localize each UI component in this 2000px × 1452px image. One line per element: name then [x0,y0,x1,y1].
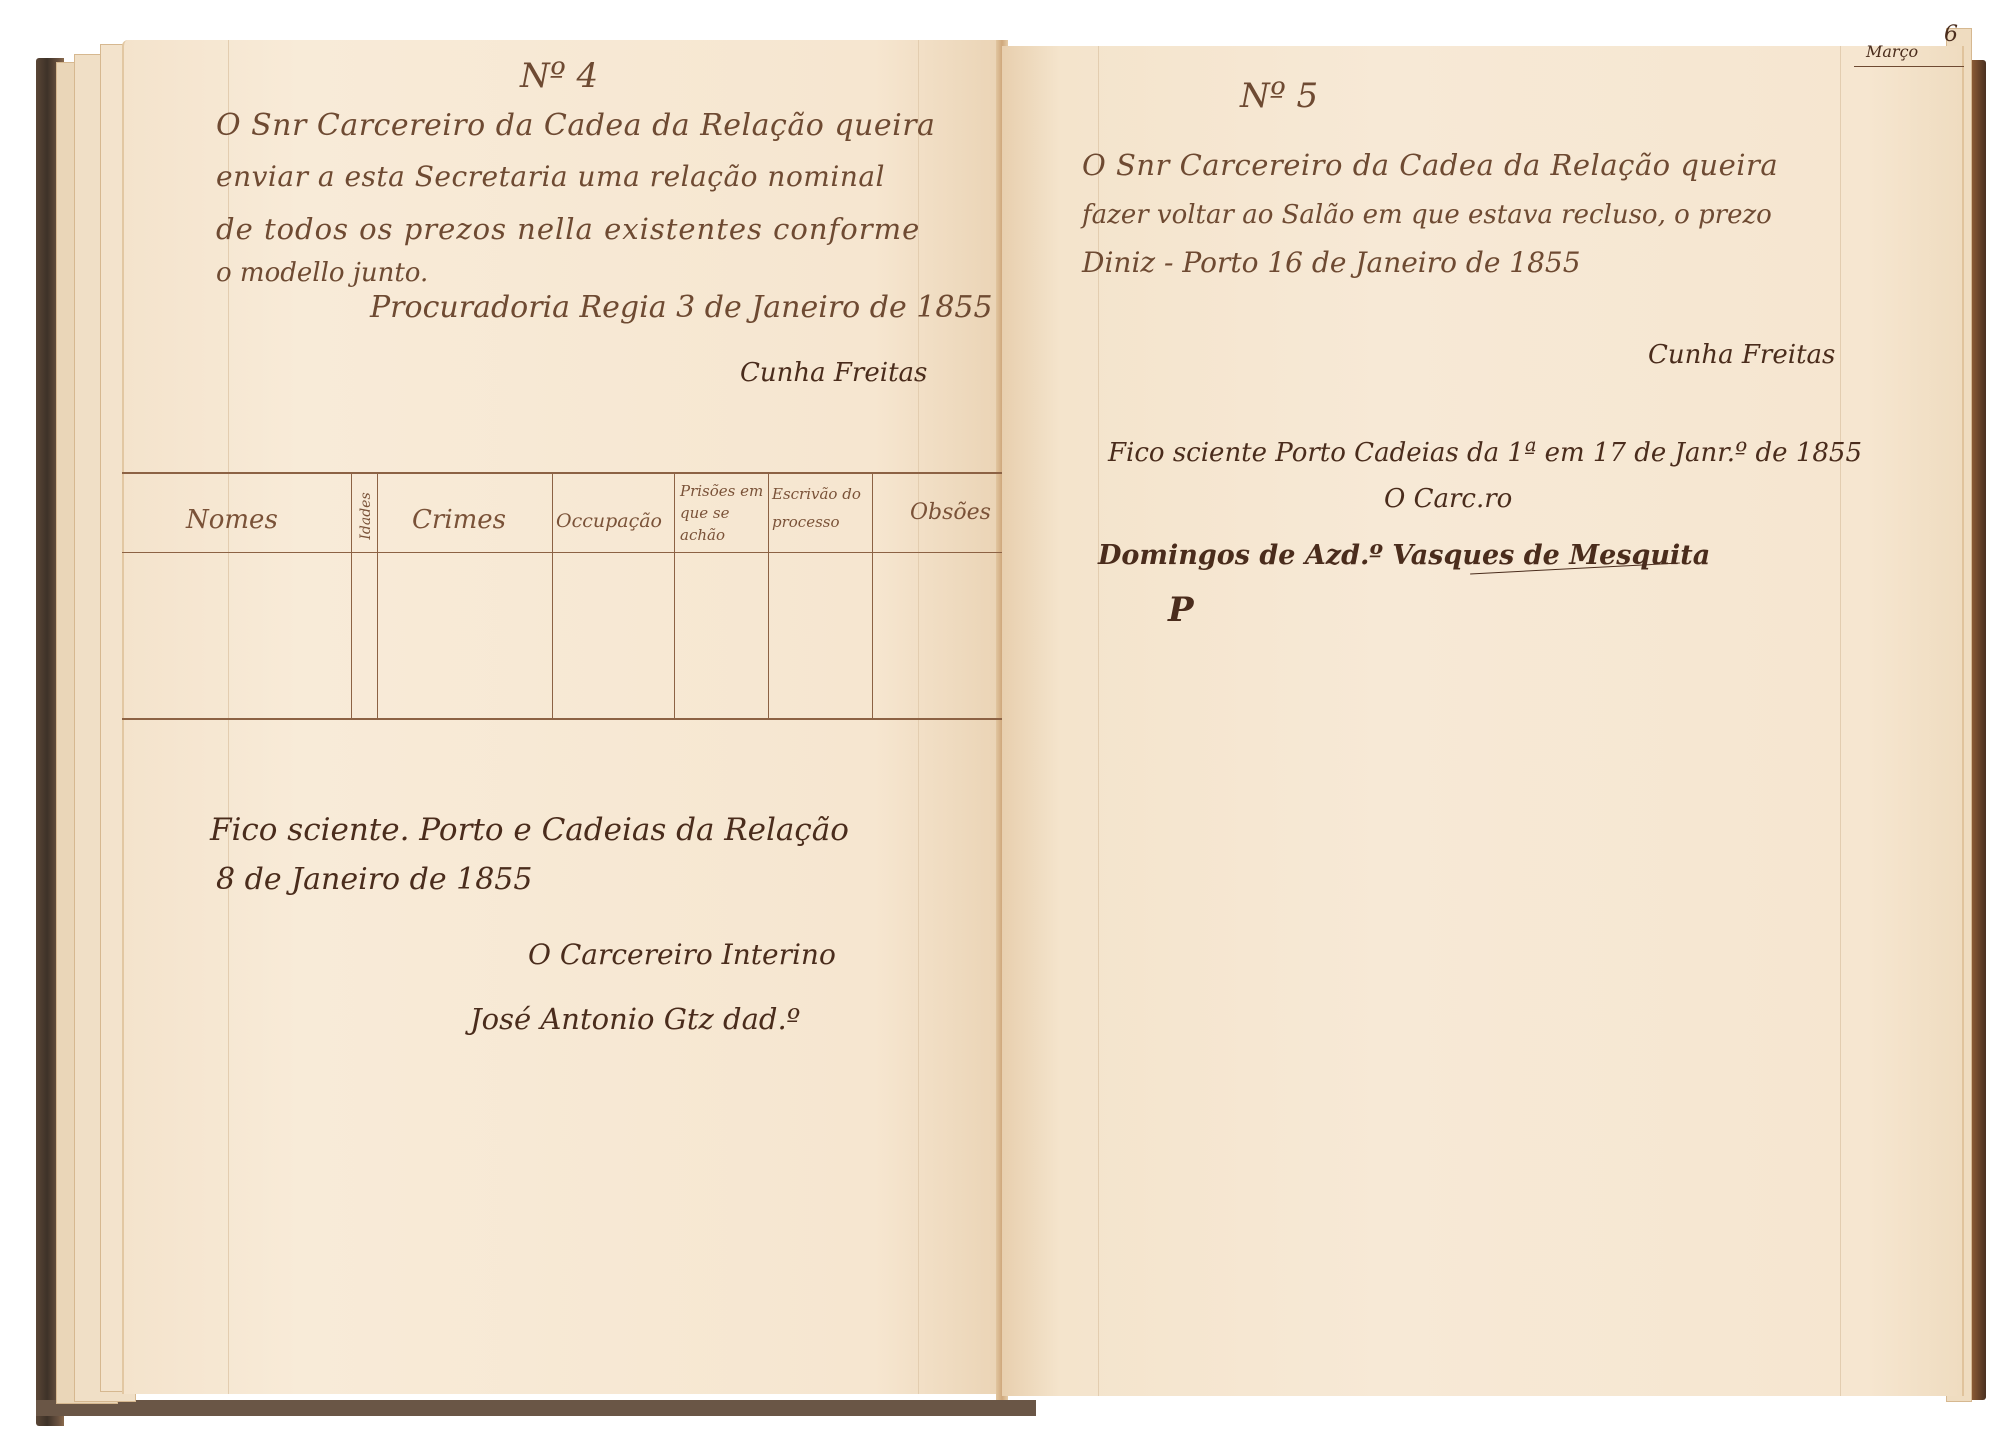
entry-line: fazer voltar ao Salão em que estava recl… [1082,200,1772,230]
table-header-escrivao: Escrivão do processo [772,480,870,536]
entry-line: de todos os prezos nella existentes conf… [216,212,920,246]
table-col-divider [351,473,352,718]
entry-4-place-date: Procuradoria Regia 3 de Janeiro de 1855 [370,290,993,325]
table-header-prisoes: Prisões em que se achão [680,480,766,546]
table-col-divider [377,473,378,718]
table-rule-bottom [122,718,1002,720]
entry-line: enviar a esta Secretaria uma relação nom… [216,160,885,193]
table-col-divider [872,473,873,718]
table-header-crimes: Crimes [412,505,506,535]
corner-note-underline [1854,66,1964,67]
reply-4-line: Fico sciente. Porto e Cadeias da Relação [210,812,849,848]
reply-5-flourish: P [1168,590,1194,630]
entry-4-signature: Cunha Freitas [740,358,927,388]
table-header-nomes: Nomes [186,505,278,535]
entry-number-5: Nº 5 [1240,76,1318,116]
reply-5-line: Fico sciente Porto Cadeias da 1ª em 17 d… [1108,438,1862,468]
table-col-divider [768,473,769,718]
entry-line: Diniz - Porto 16 de Janeiro de 1855 [1082,246,1581,279]
reply-4-title: O Carcereiro Interino [528,938,836,971]
book-cover-right [1972,60,1986,1400]
reply-4-signature: José Antonio Gtz dad.º [470,1002,800,1036]
table-header-obs: Obsões [910,500,991,525]
table-rule-header [122,552,1002,553]
folio-number: 6 [1944,22,1958,47]
table-col-divider [674,473,675,718]
entry-5-signature: Cunha Freitas [1648,340,1835,370]
table-header-occupacao: Occupação [556,510,662,532]
table-col-divider [552,473,553,718]
margin-line [1840,46,1841,1396]
reply-4-line: 8 de Janeiro de 1855 [216,862,532,897]
table-rule-top [122,472,1002,474]
table-header-idades: Idades [358,486,374,546]
entry-line: O Snr Carcereiro da Cadea da Relação que… [1082,148,1778,182]
entry-line: o modello junto. [216,258,428,288]
book-cover-bottom [36,1400,1036,1416]
reply-5-title: O Carc.ro [1384,484,1512,514]
corner-note: Março [1866,42,1918,61]
entry-number-4: Nº 4 [520,56,598,96]
entry-line: O Snr Carcereiro da Cadea da Relação que… [216,108,935,143]
